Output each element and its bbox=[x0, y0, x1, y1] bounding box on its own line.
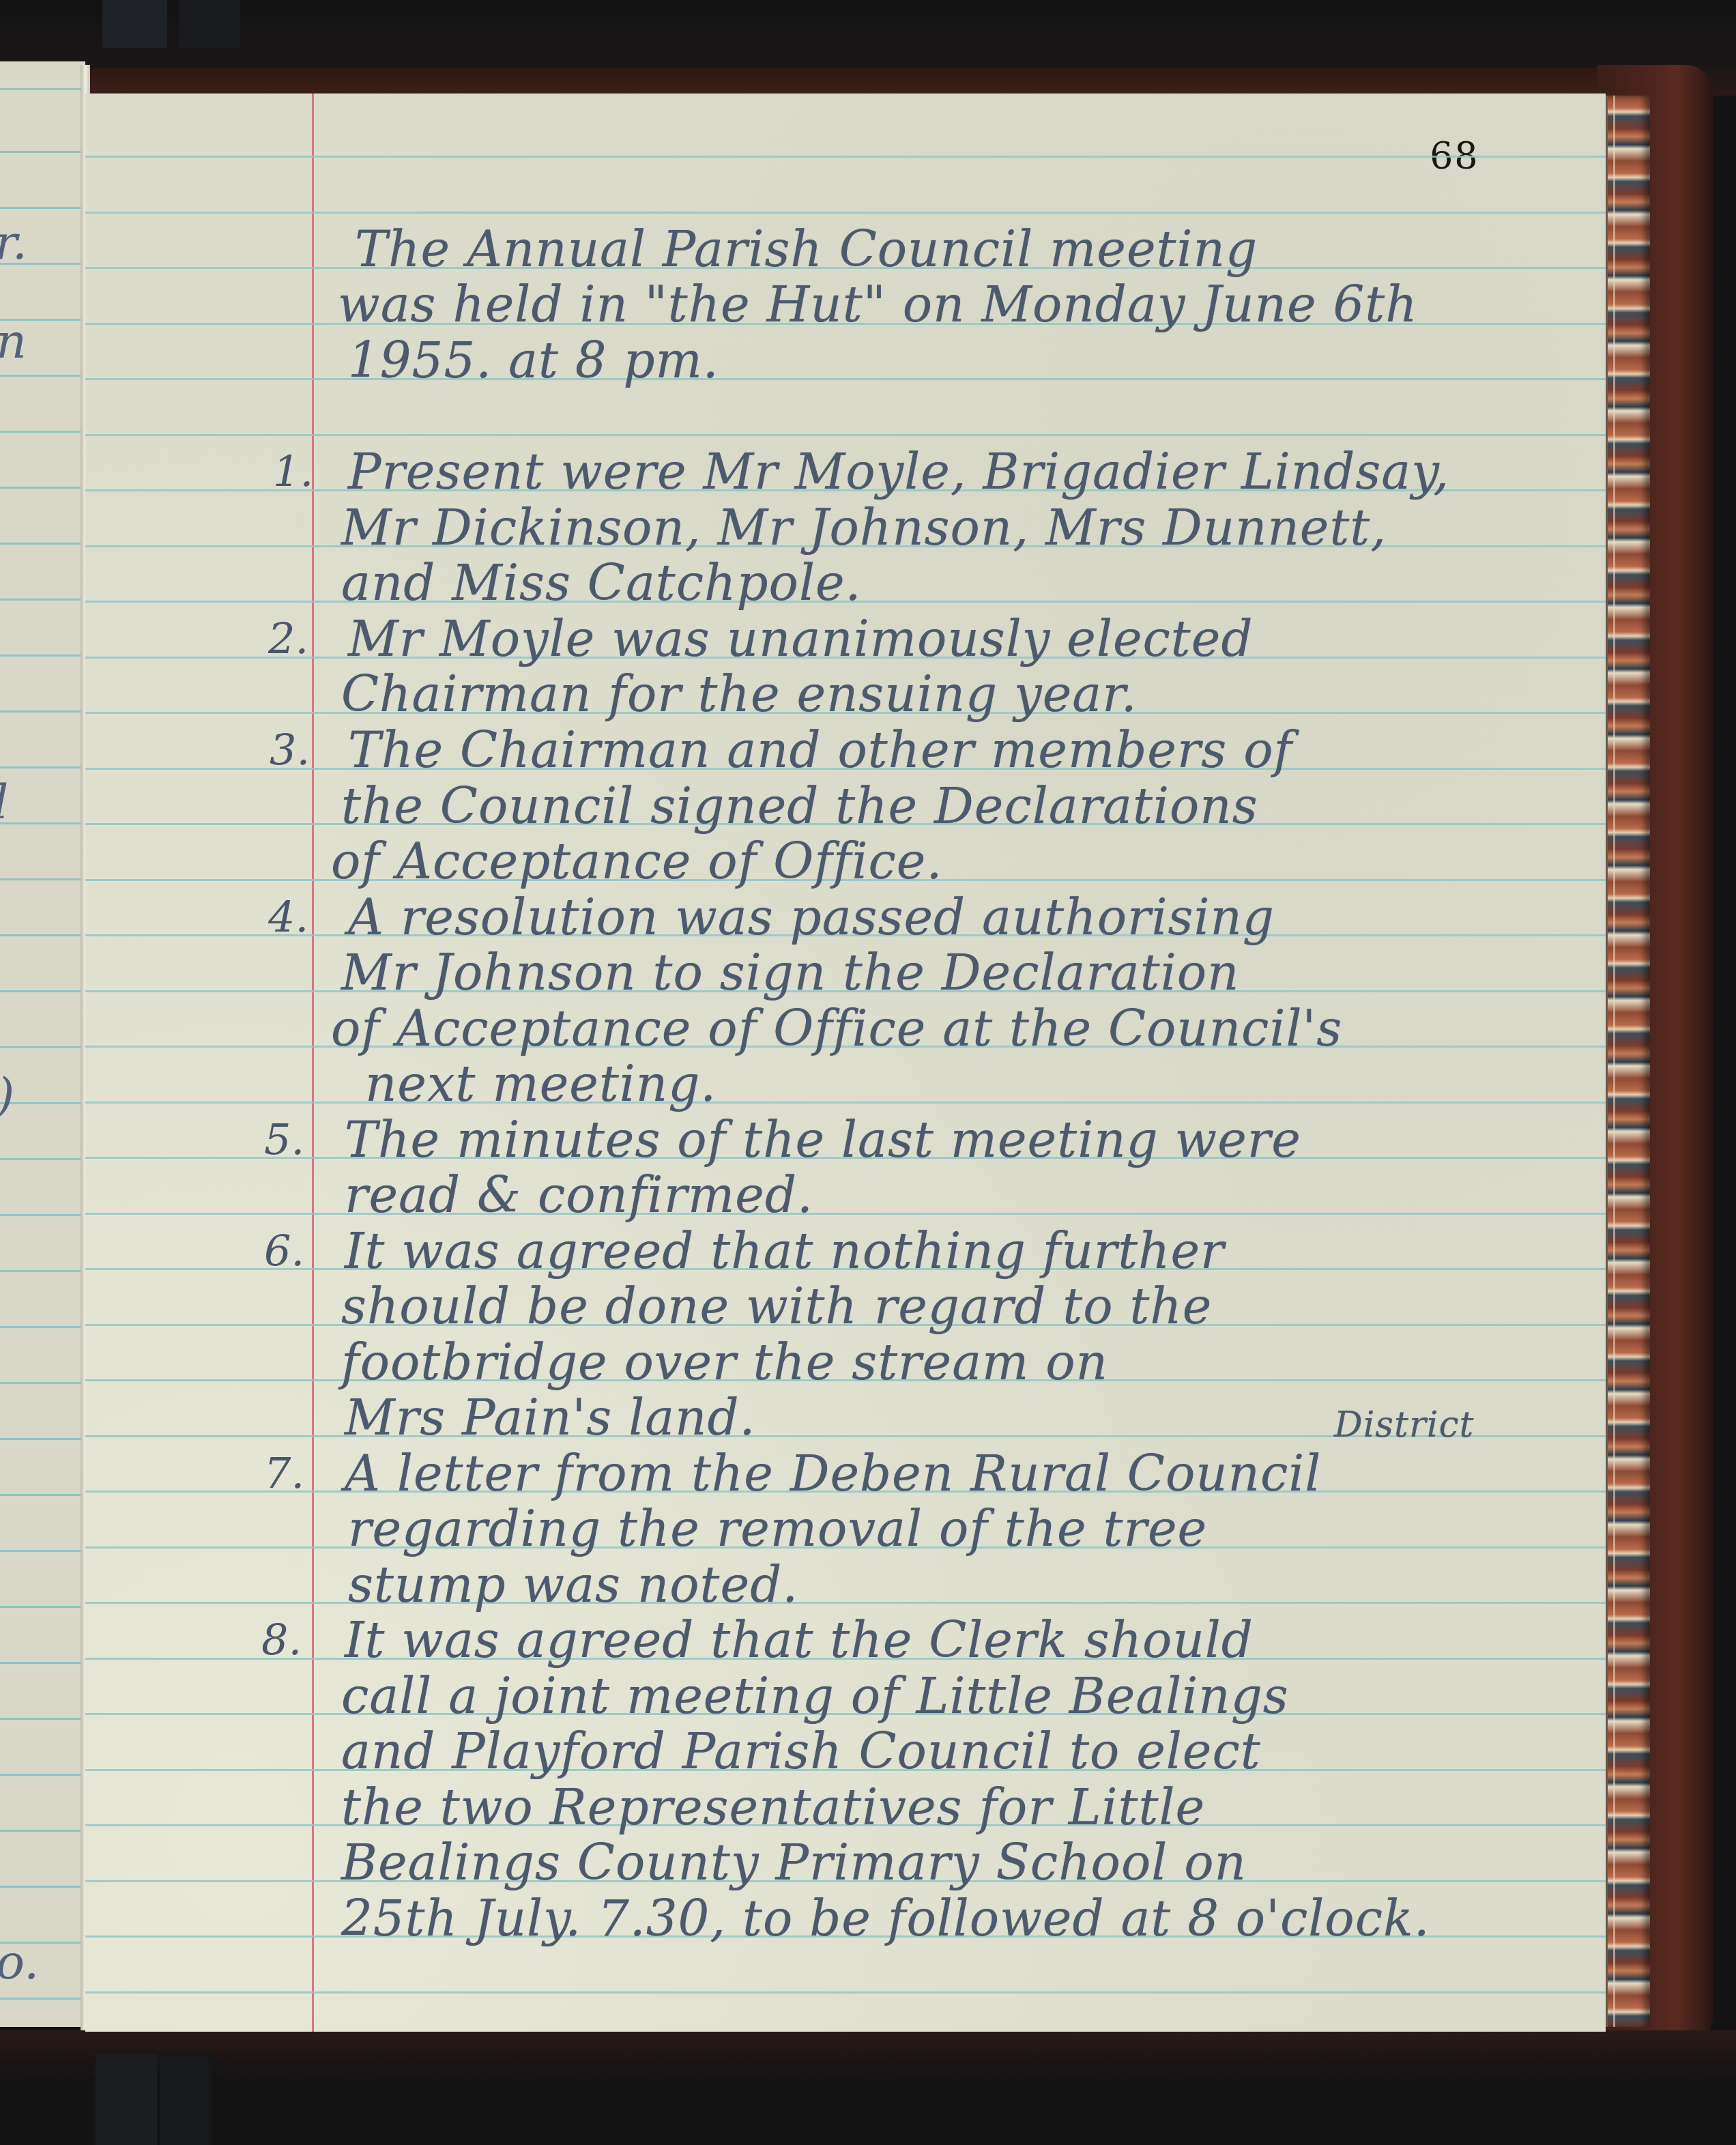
rule-line bbox=[85, 212, 1606, 214]
left-page-fragment: r. bbox=[0, 218, 27, 266]
rule-line bbox=[85, 378, 1606, 380]
minute-line: Mr Dickinson, Mr Johnson, Mrs Dunnett, bbox=[341, 503, 1387, 552]
minute-line: and Miss Catchpole. bbox=[341, 558, 861, 607]
minute-line: next meeting. bbox=[365, 1059, 717, 1108]
item-number: 1. bbox=[273, 450, 313, 493]
book-cover-top-edge bbox=[0, 68, 1672, 97]
minute-line: Present were Mr Moyle, Brigadier Lindsay… bbox=[348, 447, 1449, 496]
notebook-page: 68 The Annual Parish Council meeting was… bbox=[85, 93, 1606, 2032]
minute-line: footbridge over the stream on bbox=[341, 1338, 1108, 1387]
minute-line: the two Representatives for Little bbox=[341, 1783, 1205, 1832]
minute-line: of Acceptance of Office. bbox=[331, 837, 942, 886]
minute-line: The Chairman and other members of bbox=[348, 725, 1292, 775]
minute-line: stump was noted. bbox=[348, 1560, 798, 1609]
marbled-page-edges bbox=[1606, 96, 1650, 2027]
item-number: 2. bbox=[268, 618, 308, 660]
minute-line: should be done with regard to the bbox=[341, 1282, 1212, 1331]
minute-line: Mr Johnson to sign the Declaration bbox=[341, 948, 1239, 997]
minute-line: and Playford Parish Council to elect bbox=[341, 1727, 1261, 1776]
left-page-fragment: o. bbox=[0, 1938, 39, 1986]
minute-line: A letter from the Deben Rural Council bbox=[345, 1449, 1321, 1498]
minute-line: 25th July. 7.30, to be followed at 8 o'c… bbox=[341, 1894, 1430, 1943]
rule-line bbox=[85, 1102, 1606, 1104]
minute-line: the Council signed the Declarations bbox=[341, 781, 1258, 831]
minute-line: regarding the removal of the tree bbox=[348, 1504, 1207, 1553]
item-number: 7. bbox=[264, 1452, 304, 1495]
spine-strip bbox=[96, 2054, 157, 2145]
minute-line: of Acceptance of Office at the Council's bbox=[331, 1004, 1342, 1053]
rule-line bbox=[85, 1991, 1606, 1993]
red-margin-line bbox=[312, 93, 314, 2032]
rule-line bbox=[85, 1602, 1606, 1604]
rule-line bbox=[85, 156, 1606, 158]
item-number: 6. bbox=[264, 1230, 304, 1272]
heading-line: 1955. at 8 pm. bbox=[348, 336, 719, 385]
left-page-fragment: ) bbox=[0, 1071, 14, 1119]
minute-line: It was agreed that the Clerk should bbox=[345, 1615, 1254, 1665]
rule-line bbox=[85, 434, 1606, 436]
spine-strip bbox=[160, 2054, 212, 2145]
minute-line: It was agreed that nothing further bbox=[345, 1226, 1225, 1276]
left-page: r. n l ) o. bbox=[0, 61, 85, 2027]
left-page-fragment: l bbox=[0, 778, 8, 826]
minute-line: Chairman for the ensuing year. bbox=[341, 670, 1138, 719]
rule-line bbox=[85, 1213, 1606, 1215]
item-number: 4. bbox=[268, 896, 308, 938]
minute-line: Mr Moyle was unanimously elected bbox=[348, 614, 1254, 663]
minute-line: Mrs Pain's land. bbox=[345, 1393, 755, 1442]
heading-line: The Annual Parish Council meeting bbox=[355, 225, 1258, 274]
minute-line: The minutes of the last meeting were bbox=[345, 1115, 1301, 1164]
item-number: 8. bbox=[261, 1619, 302, 1661]
left-page-fragment: n bbox=[0, 317, 27, 365]
item-number: 3. bbox=[270, 729, 310, 771]
minute-line: call a joint meeting of Little Bealings bbox=[341, 1671, 1289, 1721]
spine-strip bbox=[179, 0, 240, 48]
background-bottom bbox=[0, 2030, 1736, 2145]
minute-line: read & confirmed. bbox=[345, 1170, 813, 1220]
minute-line: A resolution was passed authorising bbox=[348, 893, 1275, 942]
insertion-district: District bbox=[1334, 1407, 1474, 1443]
minute-line: Bealings County Primary School on bbox=[341, 1838, 1247, 1887]
spine-strip bbox=[102, 0, 167, 48]
item-number: 5. bbox=[264, 1119, 304, 1161]
heading-line: was held in "the Hut" on Monday June 6th bbox=[338, 280, 1418, 329]
